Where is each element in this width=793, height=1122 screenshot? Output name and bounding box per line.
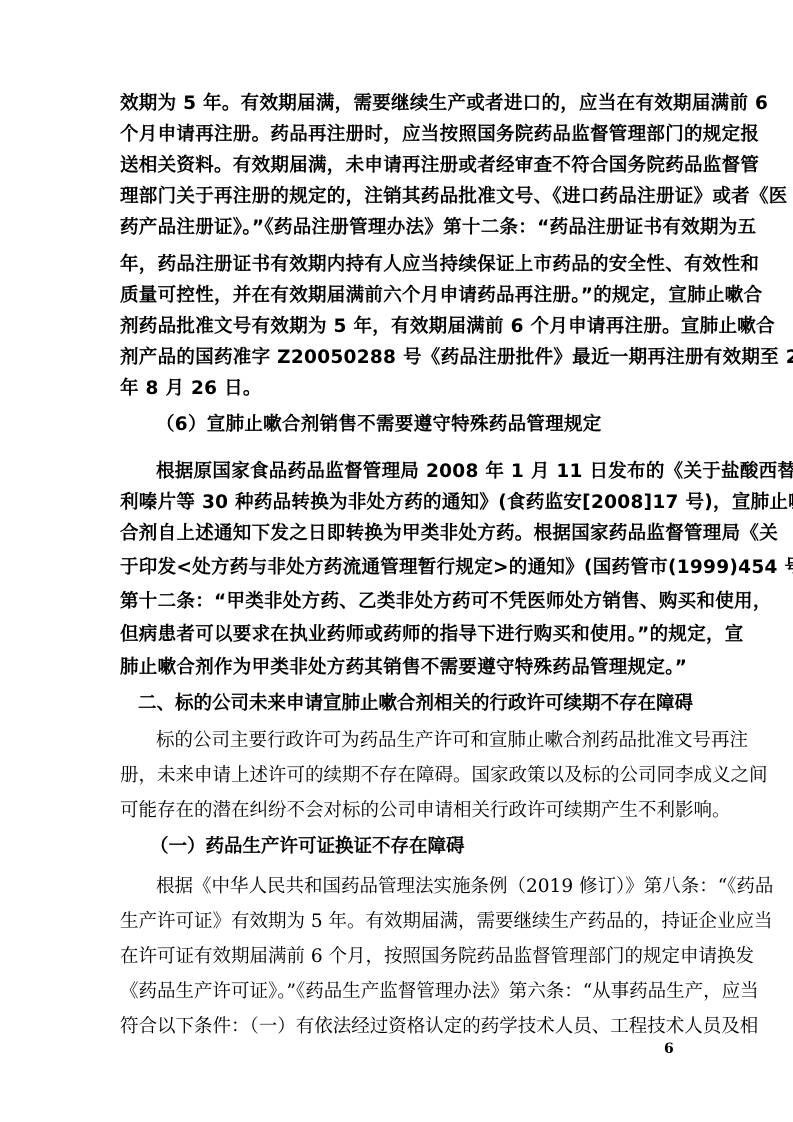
paragraph-line: 质量可控性，并在有效期届满前六个月申请药品再注册。”的规定，宣肺止嗽合	[120, 283, 675, 309]
paragraph-line: 理部门关于再注册的规定的，注销其药品批准文号、《进口药品注册证》或者《医	[120, 184, 675, 210]
paragraph-line: 可能存在的潜在纠纷不会对标的公司申请相关行政许可续期产生不利影响。	[120, 798, 675, 824]
paragraph-line: 个月申请再注册。药品再注册时，应当按照国务院药品监督管理部门的规定报	[120, 122, 675, 148]
paragraph-line: 但病患者可以要求在执业药师或药师的指导下进行购买和使用。”的规定，宣	[120, 622, 675, 648]
subsection-heading: （一）药品生产许可证换证不存在障碍	[150, 834, 465, 860]
paragraph-line: 肺止嗽合剂作为甲类非处方药其销售不需要遵守特殊药品管理规定。”	[120, 655, 675, 681]
paragraph-line: 标的公司主要行政许可为药品生产许可和宣肺止嗽合剂药品批准文号再注	[156, 728, 675, 754]
paragraph-line: 利嗪片等 30 种药品转换为非处方药的通知》(食药监安[2008]17 号)，宣…	[120, 490, 675, 516]
paragraph-line: 《药品生产许可证》。”《药品生产监督管理办法》第六条：“从事药品生产，应当	[120, 979, 675, 1005]
paragraph-line: 在许可证有效期届满前 6 个月，按照国务院药品监督管理部门的规定申请换发	[120, 944, 675, 970]
paragraph-line: 送相关资料。有效期届满，未申请再注册或者经审查不符合国务院药品监督管	[120, 153, 675, 179]
subheading: （6）宣肺止嗽合剂销售不需要遵守特殊药品管理规定	[156, 412, 602, 438]
paragraph-line: 生产许可证》有效期为 5 年。有效期届满，需要继续生产药品的，持证企业应当	[120, 909, 675, 935]
paragraph-line: 年，药品注册证书有效期内持有人应当持续保证上市药品的安全性、有效性和	[120, 252, 675, 278]
paragraph-line: 年 8 月 26 日。	[120, 376, 675, 402]
page-number: 6	[664, 1041, 674, 1057]
paragraph-line: 剂产品的国药准字 Z20050288 号《药品注册批件》最近一期再注册有效期至 …	[120, 345, 675, 371]
paragraph-line: 药产品注册证》。”《药品注册管理办法》第十二条：“药品注册证书有效期为五	[120, 215, 675, 241]
paragraph-line: 第十二条：“甲类非处方药、乙类非处方药可不凭医师处方销售、购买和使用，	[120, 589, 675, 615]
section-heading: 二、标的公司未来申请宣肺止嗽合剂相关的行政许可续期不存在障碍	[138, 691, 693, 717]
paragraph-line: 于印发<处方药与非处方药流通管理暂行规定>的通知》(国药管市(1999)454 …	[120, 555, 675, 581]
paragraph-line: 符合以下条件：（一）有依法经过资格认定的药学技术人员、工程技术人员及相	[120, 1014, 675, 1040]
paragraph-line: 根据《中华人民共和国药品管理法实施条例（2019 修订）》第八条：“《药品	[156, 874, 675, 900]
paragraph-line: 效期为 5 年。有效期届满，需要继续生产或者进口的，应当在有效期届满前 6	[120, 91, 675, 117]
paragraph-line: 剂药品批准文号有效期为 5 年，有效期届满前 6 个月申请再注册。宣肺止嗽合	[120, 314, 675, 340]
document-page: 效期为 5 年。有效期届满，需要继续生产或者进口的，应当在有效期届满前 6 个月…	[0, 0, 793, 1122]
paragraph-line: 根据原国家食品药品监督管理局 2008 年 1 月 11 日发布的《关于盐酸西替	[156, 459, 675, 485]
paragraph-line: 册，未来申请上述许可的续期不存在障碍。国家政策以及标的公司同李成义之间	[120, 763, 675, 789]
paragraph-line: 合剂自上述通知下发之日即转换为甲类非处方药。根据国家药品监督管理局《关	[120, 521, 675, 547]
